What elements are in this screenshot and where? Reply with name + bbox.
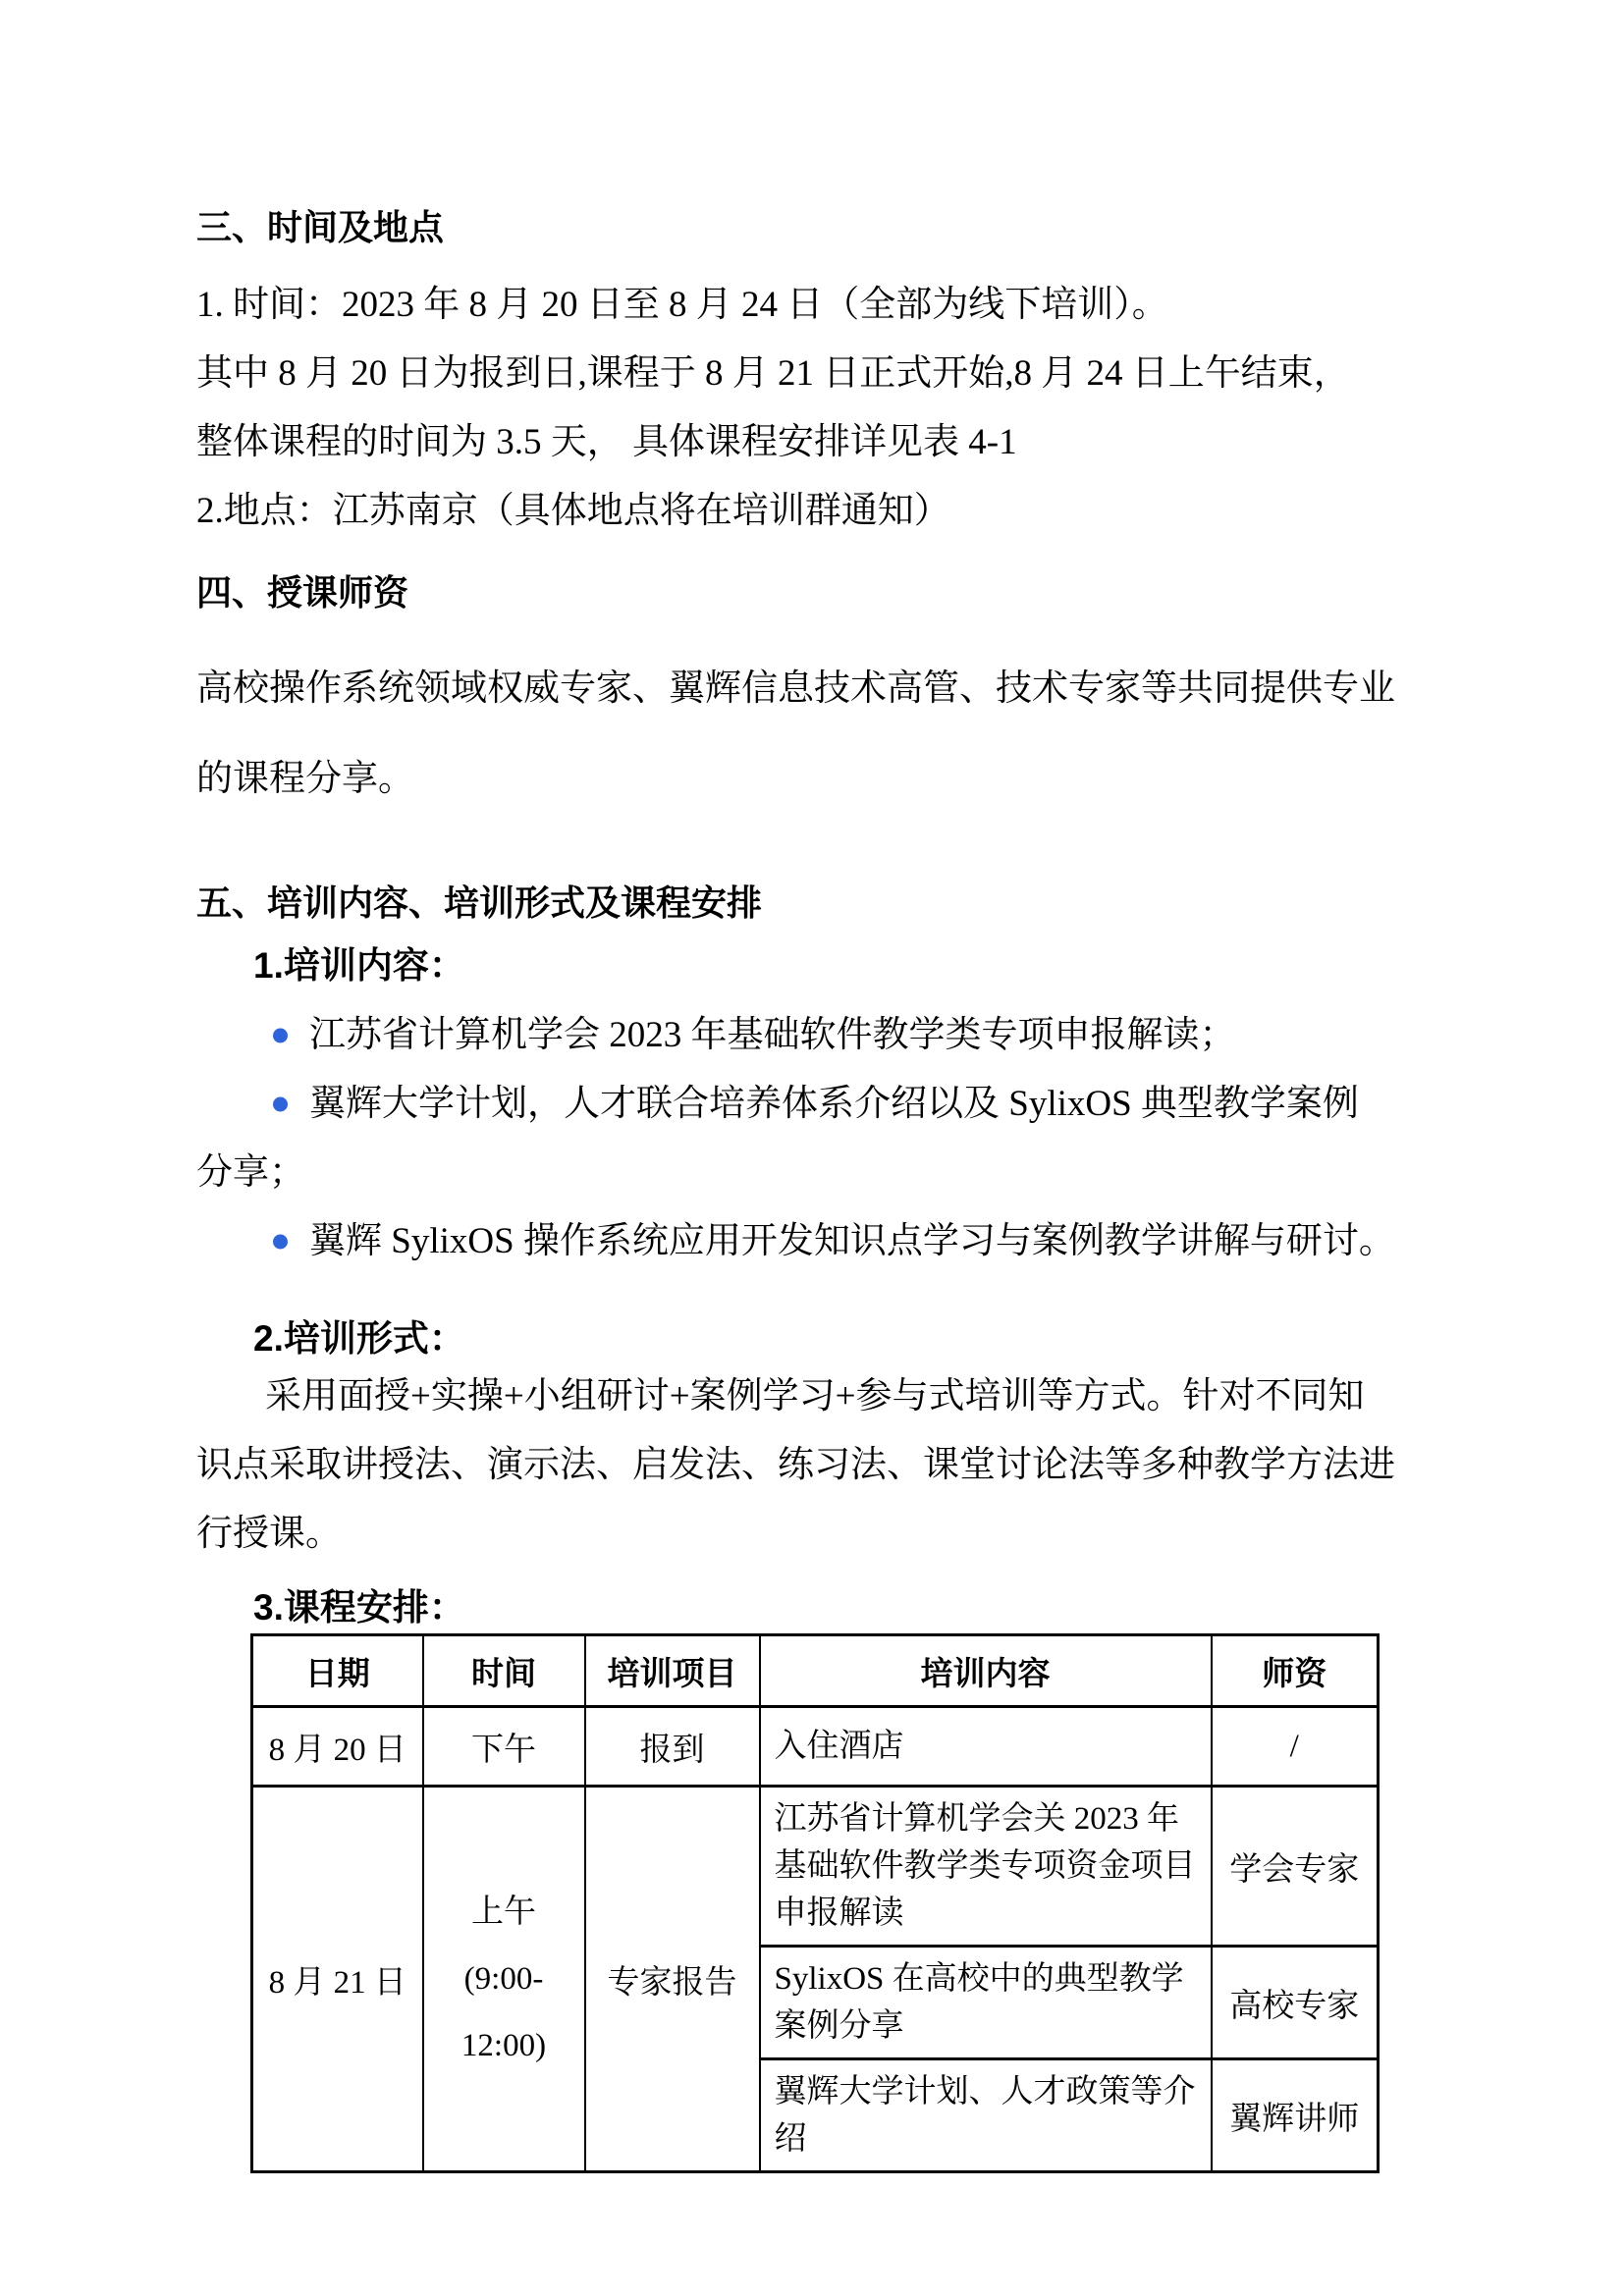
paragraph-line: 2.地点：江苏南京（具体地点将在培训群通知） <box>196 477 1477 546</box>
paragraph-line: 识点采取讲授法、演示法、启发法、练习法、课堂讨论法等多种教学方法进 <box>196 1431 1477 1500</box>
cell-time: 下午 <box>423 1707 585 1787</box>
table-row-aug21-item1: 8 月 21 日 上午 (9:00- 12:00) 专家报告 江苏省计算机学会关… <box>252 1787 1379 1947</box>
paragraph-line: 其中 8 月 20 日为报到日,课程于 8 月 21 日正式开始,8 月 24 … <box>196 340 1477 408</box>
faculty-paragraph: 高校操作系统领域权威专家、翼辉信息技术高管、技术专家等共同提供专业 的课程分享。 <box>196 644 1477 825</box>
cell-time: 上午 (9:00- 12:00) <box>423 1787 585 2172</box>
document-page: 三、时间及地点 1. 时间：2023 年 8 月 20 日至 8 月 24 日（… <box>0 0 1624 2296</box>
section-heading-faculty: 四、授课师资 <box>196 571 1477 614</box>
cell-teacher: / <box>1212 1707 1379 1787</box>
section-heading-training: 五、培训内容、培训形式及课程安排 <box>196 881 1477 925</box>
column-header-date: 日期 <box>252 1635 423 1707</box>
table-header-row: 日期 时间 培训项目 培训内容 师资 <box>252 1635 1379 1707</box>
cell-date: 8 月 21 日 <box>252 1787 423 2172</box>
cell-date: 8 月 20 日 <box>252 1707 423 1787</box>
paragraph-line: 高校操作系统领域权威专家、翼辉信息技术高管、技术专家等共同提供专业 <box>196 644 1477 734</box>
bullet-icon <box>273 1029 288 1043</box>
paragraph-line: 采用面授+实操+小组研讨+案例学习+参与式培训等方式。针对不同知 <box>196 1362 1477 1431</box>
list-item: 翼辉大学计划，人才联合培养体系介绍以及 SylixOS 典型教学案例 <box>196 1070 1477 1139</box>
cell-teacher: 高校专家 <box>1212 1947 1379 2059</box>
list-item-continuation: 分享； <box>196 1139 1477 1207</box>
cell-content: 入住酒店 <box>760 1707 1212 1787</box>
column-header-time: 时间 <box>423 1635 585 1707</box>
paragraph-line: 行授课。 <box>196 1500 1477 1569</box>
cell-content: SylixOS 在高校中的典型教学案例分享 <box>760 1947 1212 2059</box>
section-heading-time-place: 三、时间及地点 <box>196 206 1477 249</box>
paragraph-line: 整体课程的时间为 3.5 天， 具体课程安排详见表 4-1 <box>196 408 1477 477</box>
cell-project: 专家报告 <box>585 1787 760 2172</box>
time-line: (9:00- <box>424 1946 584 2012</box>
cell-content: 翼辉大学计划、人才政策等介绍 <box>760 2059 1212 2172</box>
column-header-project: 培训项目 <box>585 1635 760 1707</box>
bullet-icon <box>273 1097 288 1112</box>
subheading-course-schedule: 3.课程安排： <box>253 1584 1477 1631</box>
cell-teacher: 学会专家 <box>1212 1787 1379 1947</box>
course-schedule-table: 日期 时间 培训项目 培训内容 师资 8 月 20 日 下午 报到 入住酒店 /… <box>250 1633 1380 2173</box>
list-item-text: 翼辉大学计划，人才联合培养体系介绍以及 SylixOS 典型教学案例 <box>309 1084 1359 1124</box>
list-item-text: 翼辉 SylixOS 操作系统应用开发知识点学习与案例教学讲解与研讨。 <box>309 1221 1395 1261</box>
cell-content: 江苏省计算机学会关 2023 年基础软件教学类专项资金项目申报解读 <box>760 1787 1212 1947</box>
time-line: 12:00) <box>424 2012 584 2079</box>
time-line: 上午 <box>424 1879 584 1946</box>
column-header-teacher: 师资 <box>1212 1635 1379 1707</box>
cell-teacher: 翼辉讲师 <box>1212 2059 1379 2172</box>
subheading-training-content: 1.培训内容： <box>253 942 1477 989</box>
table-row-aug20: 8 月 20 日 下午 报到 入住酒店 / <box>252 1707 1379 1787</box>
paragraph-line: 1. 时间：2023 年 8 月 20 日至 8 月 24 日（全部为线下培训）… <box>196 271 1477 340</box>
list-item-text: 江苏省计算机学会 2023 年基础软件教学类专项申报解读； <box>309 1015 1236 1055</box>
subheading-training-form: 2.培训形式： <box>253 1315 1477 1362</box>
list-item: 江苏省计算机学会 2023 年基础软件教学类专项申报解读； <box>196 1001 1477 1070</box>
bullet-icon <box>273 1235 288 1250</box>
cell-project: 报到 <box>585 1707 760 1787</box>
paragraph-line: 的课程分享。 <box>196 734 1477 825</box>
column-header-content: 培训内容 <box>760 1635 1212 1707</box>
training-content-list: 江苏省计算机学会 2023 年基础软件教学类专项申报解读； 翼辉大学计划，人才联… <box>196 1001 1477 1276</box>
list-item: 翼辉 SylixOS 操作系统应用开发知识点学习与案例教学讲解与研讨。 <box>196 1207 1477 1276</box>
